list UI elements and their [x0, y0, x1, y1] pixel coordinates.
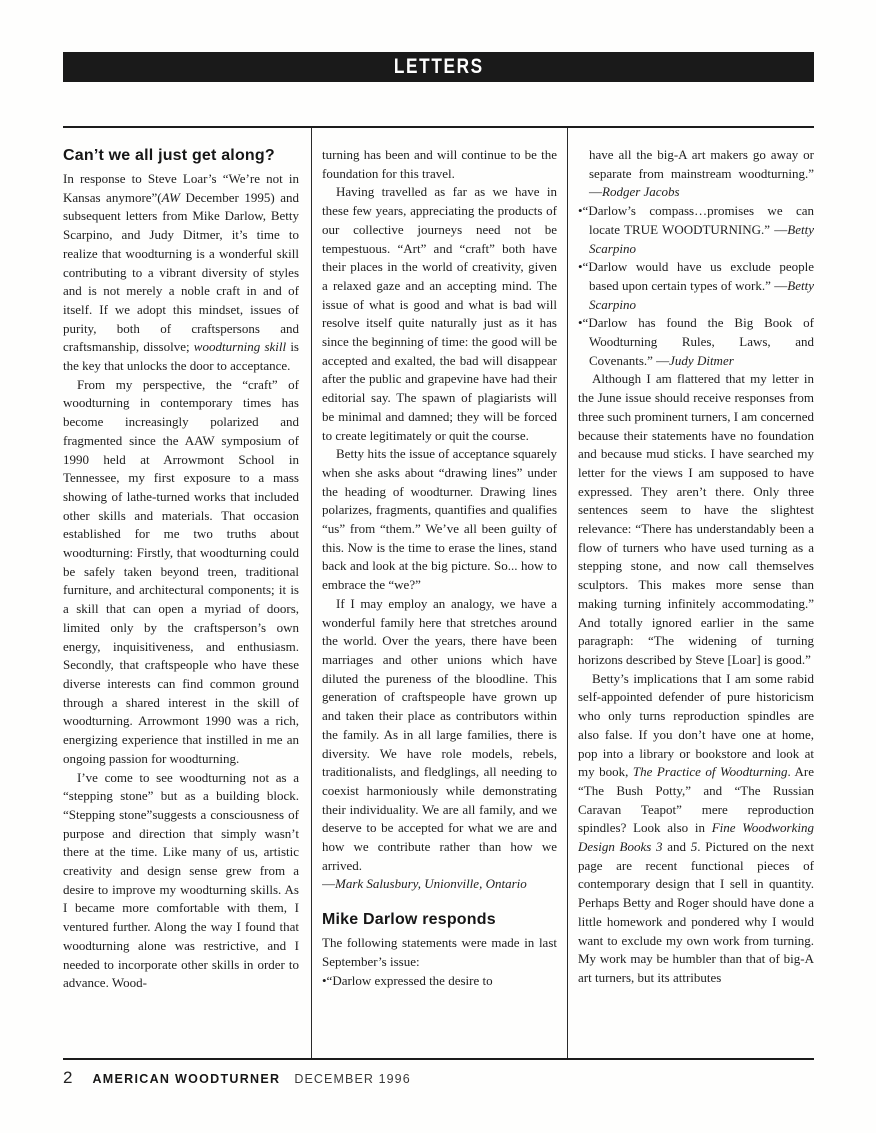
magazine-page: LETTERS Can’t we all just get along?In r…: [0, 0, 876, 1133]
bullet-item: have all the big-A art makers go away or…: [578, 146, 814, 202]
bullet-item: •“Darlow has found the Big Book of Woodt…: [578, 314, 814, 370]
column-2: turning has been and will continue to be…: [322, 146, 557, 1054]
column-3: have all the big-A art makers go away or…: [578, 146, 814, 1054]
column-divider-1: [311, 128, 312, 1058]
section-title: LETTERS: [394, 55, 484, 79]
paragraph: Having travelled as far as we have in th…: [322, 183, 557, 445]
bullet-item: •“Darlow would have us exclude people ba…: [578, 258, 814, 314]
paragraph: From my perspective, the “craft” of wood…: [63, 376, 299, 769]
page-number: 2: [63, 1068, 72, 1088]
column-1: Can’t we all just get along?In response …: [63, 146, 299, 1054]
paragraph: Betty’s implications that I am some rabi…: [578, 670, 814, 988]
page-footer: 2 AMERICAN WOODTURNER DECEMBER 1996: [63, 1068, 411, 1088]
magazine-name: AMERICAN WOODTURNER: [92, 1072, 280, 1086]
signature: —Mark Salusbury, Unionville, Ontario: [322, 875, 557, 894]
paragraph: Betty hits the issue of acceptance squar…: [322, 445, 557, 595]
letter-heading: Mike Darlow responds: [322, 910, 557, 930]
paragraph: In response to Steve Loar’s “We’re not i…: [63, 170, 299, 376]
bullet-item: •“Darlow’s compass…promises we can locat…: [578, 202, 814, 258]
paragraph: turning has been and will continue to be…: [322, 146, 557, 183]
paragraph: I’ve come to see woodturning not as a “s…: [63, 769, 299, 993]
issue-date: DECEMBER 1996: [294, 1072, 410, 1086]
paragraph: Although I am flattered that my letter i…: [578, 370, 814, 669]
paragraph: The following statements were made in la…: [322, 934, 557, 971]
bullet-item: •“Darlow expressed the desire to: [322, 972, 557, 991]
top-rule: [63, 126, 814, 128]
letter-heading: Can’t we all just get along?: [63, 146, 299, 166]
section-banner: LETTERS: [63, 52, 814, 82]
paragraph: If I may employ an analogy, we have a wo…: [322, 595, 557, 876]
column-divider-2: [567, 128, 568, 1058]
bottom-rule: [63, 1058, 814, 1060]
